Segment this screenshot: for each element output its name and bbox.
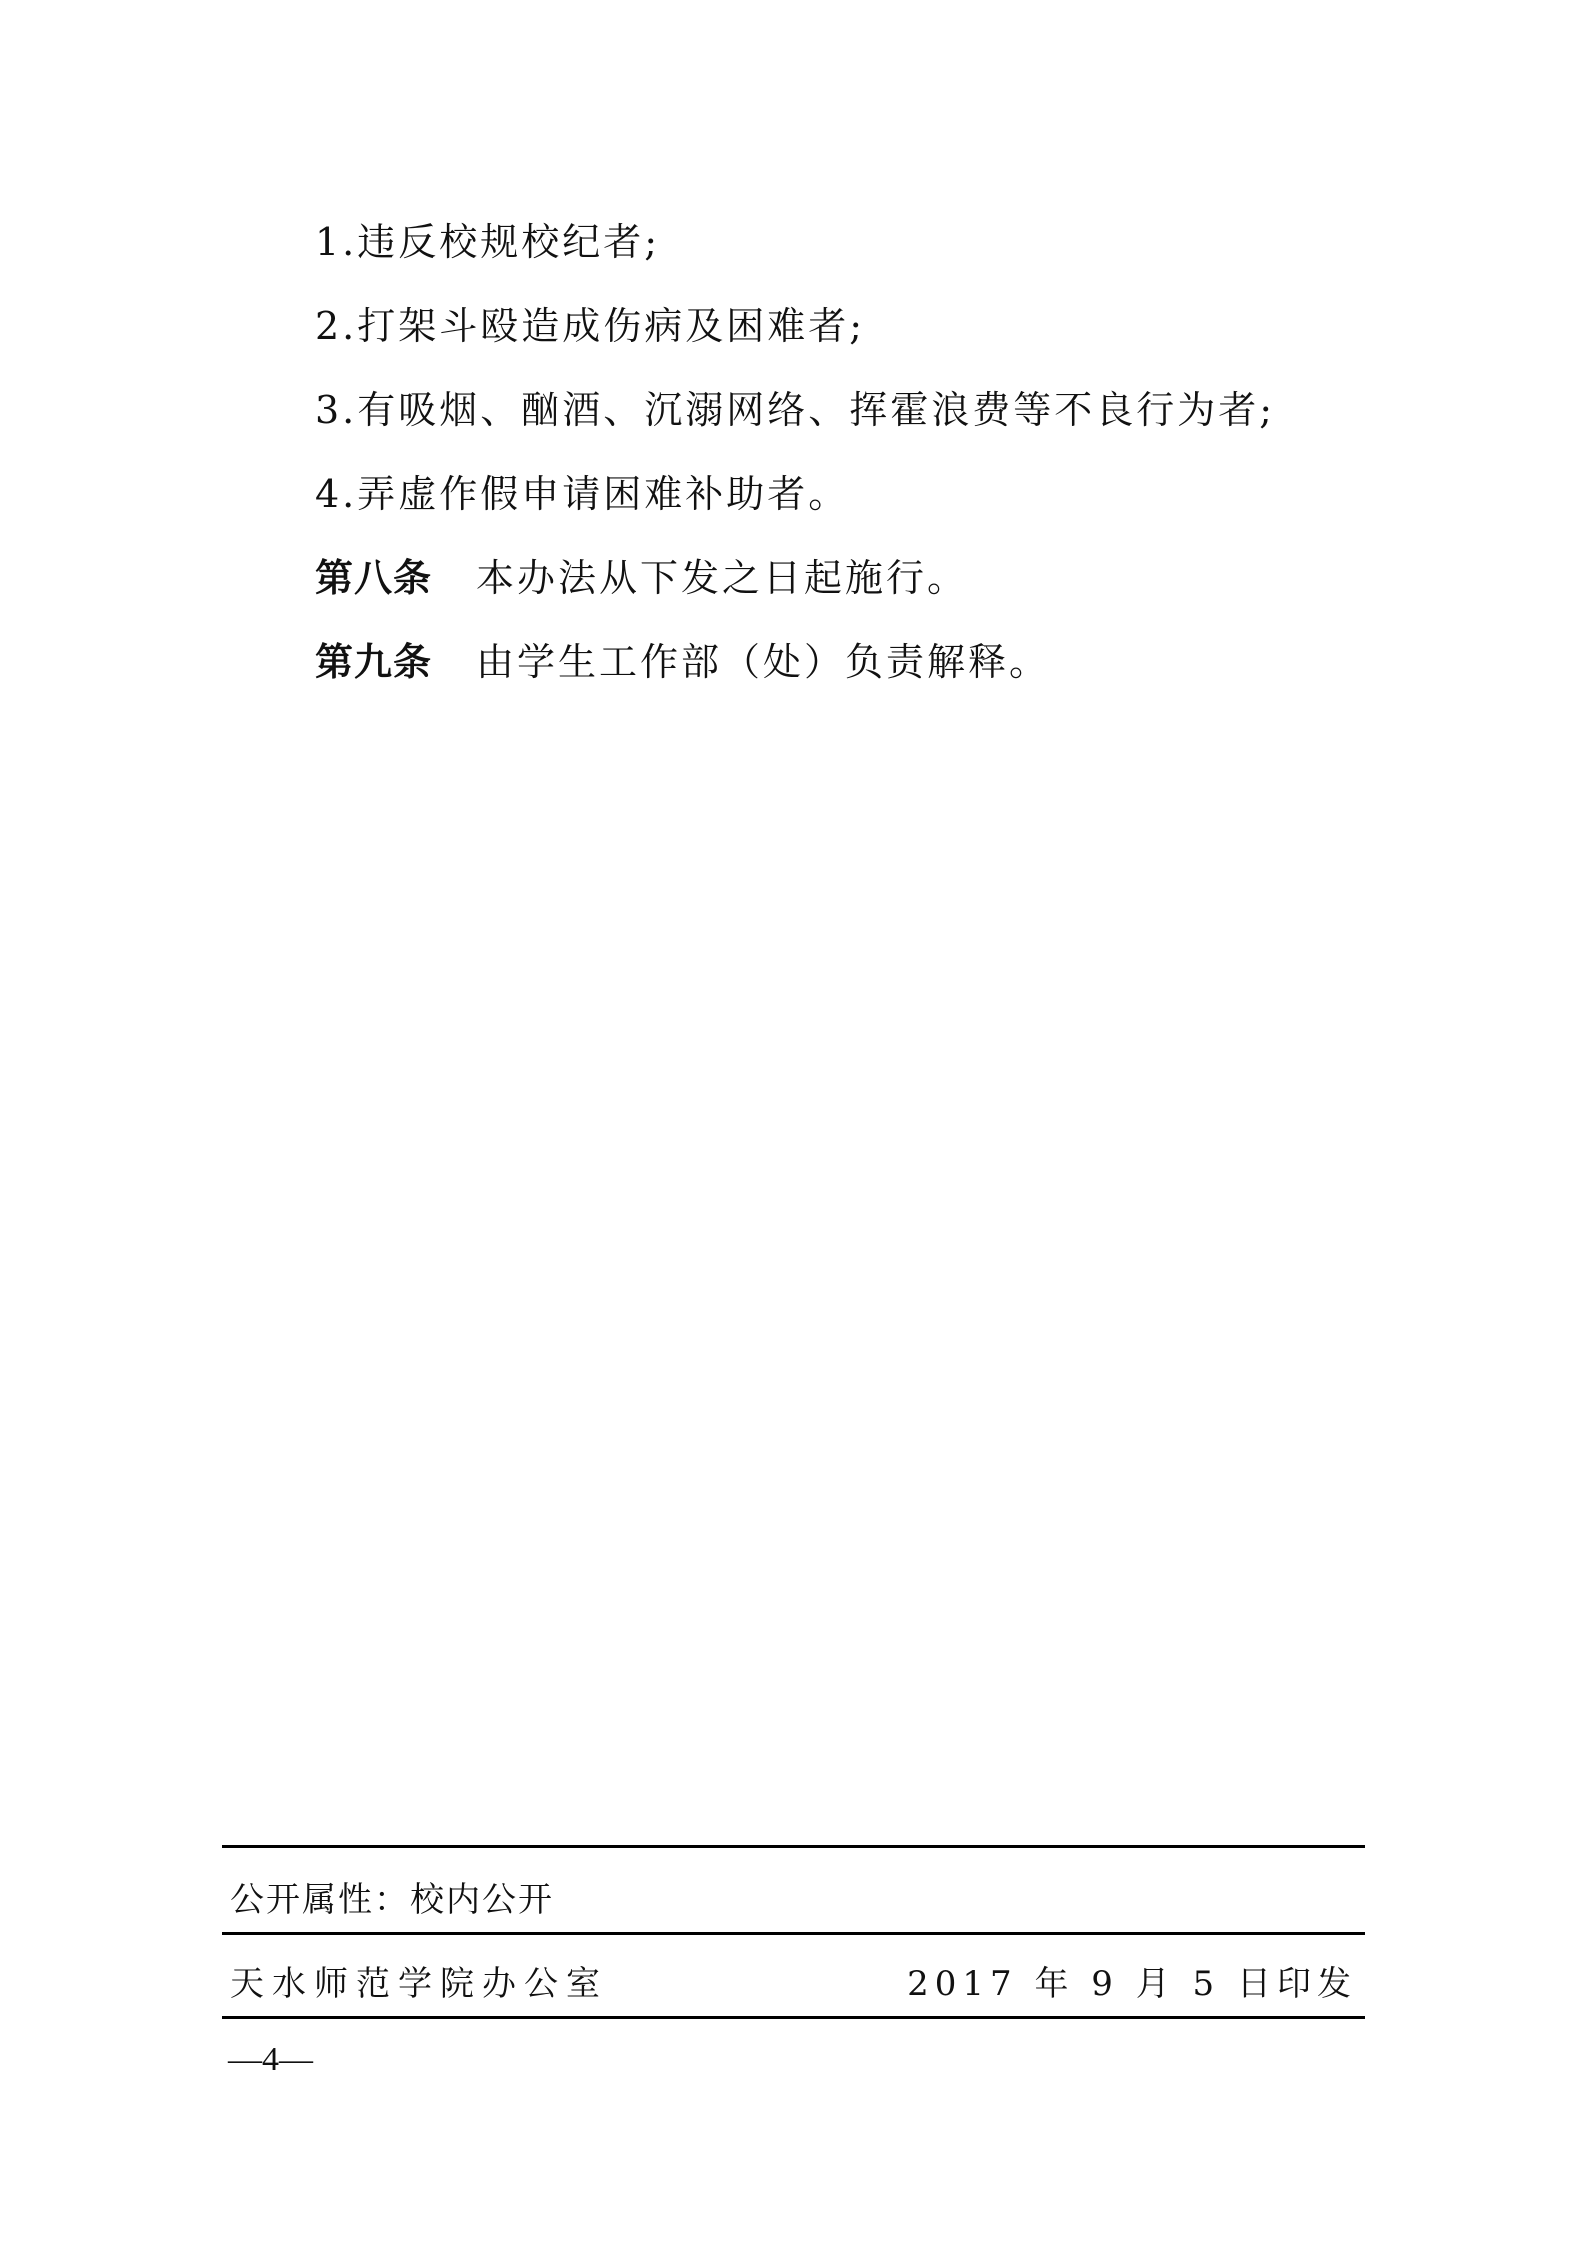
- list-item-1: 1.违反校规校纪者;: [315, 218, 660, 266]
- list-item-2: 2.打架斗殴造成伤病及困难者;: [315, 302, 865, 350]
- issuer: 天水师范学院办公室: [230, 1964, 608, 2004]
- footer-rule-bottom: [222, 2016, 1365, 2019]
- article-text: 本办法从下发之日起施行。: [476, 556, 968, 600]
- list-item-3: 3.有吸烟、酗酒、沉溺网络、挥霍浪费等不良行为者;: [315, 386, 1275, 434]
- list-item-4: 4.弄虚作假申请困难补助者。: [315, 470, 849, 518]
- footer-rule-top: [222, 1845, 1365, 1848]
- article-heading: 第八条: [315, 556, 432, 600]
- list-text: 打架斗殴造成伤病及困难者;: [357, 304, 865, 348]
- list-number: 4.: [315, 472, 357, 516]
- list-text: 违反校规校纪者;: [357, 220, 660, 264]
- list-text: 有吸烟、酗酒、沉溺网络、挥霍浪费等不良行为者;: [357, 388, 1275, 432]
- article-9: 第九条由学生工作部（处）负责解释。: [315, 638, 1050, 686]
- disclosure-label: 公开属性：: [230, 1880, 410, 1920]
- list-number: 1.: [315, 220, 357, 264]
- article-text: 由学生工作部（处）负责解释。: [476, 640, 1050, 684]
- issue-date: 2017 年 9 月 5 日印发: [907, 1964, 1357, 2004]
- article-heading: 第九条: [315, 640, 432, 684]
- list-number: 2.: [315, 304, 357, 348]
- disclosure-value: 校内公开: [410, 1880, 554, 1920]
- list-text: 弄虚作假申请困难补助者。: [357, 472, 849, 516]
- list-number: 3.: [315, 388, 357, 432]
- disclosure-line: 公开属性：校内公开: [230, 1880, 554, 1920]
- footer-rule-middle: [222, 1932, 1365, 1935]
- article-8: 第八条本办法从下发之日起施行。: [315, 554, 968, 602]
- document-page: 1.违反校规校纪者; 2.打架斗殴造成伤病及困难者; 3.有吸烟、酗酒、沉溺网络…: [0, 0, 1587, 2245]
- page-number: —4—: [228, 2040, 313, 2080]
